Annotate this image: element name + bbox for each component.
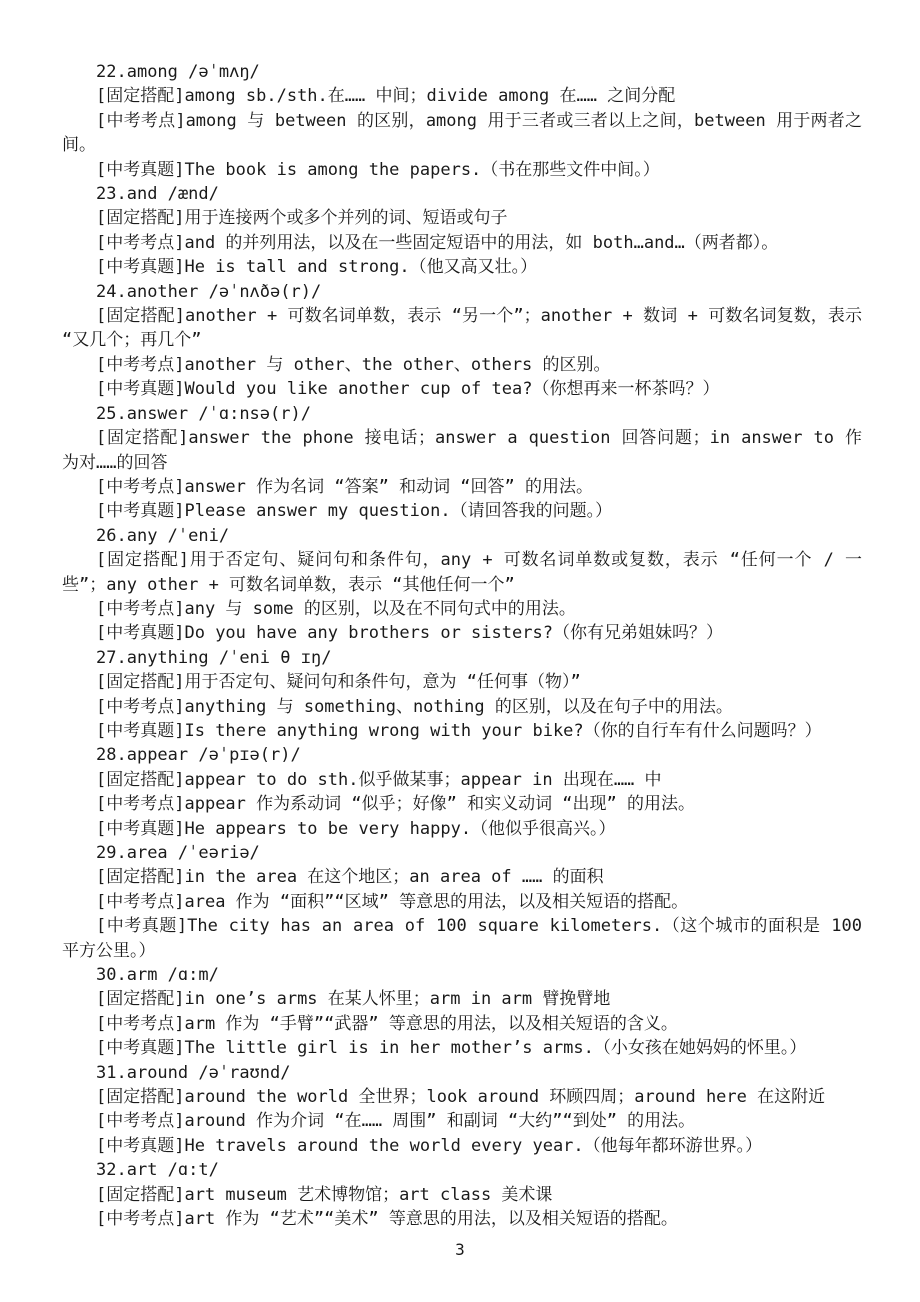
section-label: [固定搭配]	[96, 550, 189, 570]
entry-phonetic: /əˈnʌðə(r)/	[198, 282, 321, 302]
entry-section-line: [中考真题]Do you have any brothers or sister…	[62, 621, 862, 645]
entry-section-line: [固定搭配]用于否定句、疑问句和条件句，意为 “任何事（物）”	[62, 670, 862, 694]
entry-number: 24.	[96, 282, 127, 302]
section-label: [中考考点]	[96, 1209, 184, 1229]
section-label: [中考真题]	[96, 819, 184, 839]
entry-section-line: [固定搭配]art museum 艺术博物馆；art class 美术课	[62, 1183, 862, 1207]
vocab-entry: 25.answer /ˈɑ:nsə(r)/ [固定搭配]answer the p…	[62, 402, 862, 524]
section-text: art museum 艺术博物馆；art class 美术课	[184, 1185, 552, 1205]
entry-number: 31.	[96, 1063, 127, 1083]
entry-section-line: [中考考点]any 与 some 的区别，以及在不同句式中的用法。	[62, 597, 862, 621]
entry-section-line: [中考真题]He is tall and strong.（他又高又壮。）	[62, 255, 862, 279]
vocab-entry: 28.appear /əˈpɪə(r)/ [固定搭配]appear to do …	[62, 743, 862, 841]
entry-section-line: [固定搭配]answer the phone 接电话；answer a ques…	[62, 426, 862, 475]
section-text: 用于否定句、疑问句和条件句，意为 “任何事（物）”	[184, 672, 580, 692]
entry-section-line: [中考真题]Is there anything wrong with your …	[62, 719, 862, 743]
section-label: [中考真题]	[96, 1038, 184, 1058]
entry-word: art	[127, 1160, 158, 1180]
section-label: [中考真题]	[96, 916, 187, 936]
section-label: [中考考点]	[96, 697, 184, 717]
entry-number: 32.	[96, 1160, 127, 1180]
section-label: [中考真题]	[96, 623, 184, 643]
section-label: [中考真题]	[96, 1136, 184, 1156]
vocab-entry: 23.and /ænd/ [固定搭配]用于连接两个或多个并列的词、短语或句子 […	[62, 182, 862, 280]
section-text: He travels around the world every year.（…	[184, 1136, 762, 1156]
section-text: another 与 other、the other、others 的区别。	[184, 355, 610, 375]
vocab-entry: 29.area /ˈeəriə/ [固定搭配]in the area 在这个地区…	[62, 841, 862, 963]
section-text: around the world 全世界；look around 环顾四周；ar…	[184, 1087, 825, 1107]
entry-headword-line: 27.anything /ˈeni θ ɪŋ/	[62, 646, 862, 670]
entry-headword-line: 29.area /ˈeəriə/	[62, 841, 862, 865]
section-text: He appears to be very happy.（他似乎很高兴。）	[184, 819, 615, 839]
entry-phonetic: /ˈeni/	[157, 526, 229, 546]
entry-headword-line: 26.any /ˈeni/	[62, 524, 862, 548]
entry-number: 28.	[96, 745, 127, 765]
section-text: among sb./sth.在…… 中间；divide among 在…… 之间…	[184, 86, 675, 106]
entry-section-line: [中考考点]arm 作为 “手臂”“武器” 等意思的用法，以及相关短语的含义。	[62, 1012, 862, 1036]
entry-phonetic: /ænd/	[157, 184, 218, 204]
entry-phonetic: /əˈraʊnd/	[188, 1063, 290, 1083]
section-label: [固定搭配]	[96, 867, 184, 887]
entry-number: 26.	[96, 526, 127, 546]
entry-section-line: [固定搭配]another + 可数名词单数，表示 “另一个”；another …	[62, 304, 862, 353]
section-label: [中考真题]	[96, 160, 184, 180]
section-text: any 与 some 的区别，以及在不同句式中的用法。	[184, 599, 575, 619]
entry-number: 29.	[96, 843, 127, 863]
section-label: [中考考点]	[96, 111, 186, 131]
section-text: The little girl is in her mother’s arms.…	[184, 1038, 806, 1058]
section-label: [中考考点]	[96, 1111, 184, 1131]
entry-headword-line: 25.answer /ˈɑ:nsə(r)/	[62, 402, 862, 426]
section-text: Do you have any brothers or sisters?（你有兄…	[184, 623, 722, 643]
entry-number: 30.	[96, 965, 127, 985]
entry-word: area	[127, 843, 168, 863]
section-text: Is there anything wrong with your bike?（…	[184, 721, 821, 741]
vocab-entry: 31.around /əˈraʊnd/ [固定搭配]around the wor…	[62, 1061, 862, 1159]
section-text: area 作为 “面积”“区域” 等意思的用法，以及相关短语的搭配。	[184, 892, 688, 912]
entry-phonetic: /ɑ:m/	[157, 965, 218, 985]
entry-word: anything	[127, 648, 209, 668]
entry-section-line: [中考考点]and 的并列用法，以及在一些固定短语中的用法，如 both…and…	[62, 231, 862, 255]
section-label: [中考考点]	[96, 599, 184, 619]
entry-section-line: [中考真题]The little girl is in her mother’s…	[62, 1036, 862, 1060]
section-text: art 作为 “艺术”“美术” 等意思的用法，以及相关短语的搭配。	[184, 1209, 677, 1229]
entry-number: 23.	[96, 184, 127, 204]
entry-section-line: [固定搭配]用于否定句、疑问句和条件句，any + 可数名词单数或复数，表示 “…	[62, 548, 862, 597]
entry-word: answer	[127, 404, 188, 424]
entry-section-line: [中考真题]The city has an area of 100 square…	[62, 914, 862, 963]
section-label: [固定搭配]	[96, 1087, 184, 1107]
section-text: appear to do sth.似乎做某事；appear in 出现在…… 中	[184, 770, 661, 790]
section-label: [固定搭配]	[96, 428, 188, 448]
entry-section-line: [固定搭配]in the area 在这个地区；an area of …… 的面…	[62, 865, 862, 889]
entry-section-line: [固定搭配]appear to do sth.似乎做某事；appear in 出…	[62, 768, 862, 792]
entry-word: and	[127, 184, 158, 204]
section-label: [固定搭配]	[96, 770, 184, 790]
section-text: around 作为介词 “在…… 周围” 和副词 “大约”“到处” 的用法。	[184, 1111, 695, 1131]
entry-headword-line: 23.and /ænd/	[62, 182, 862, 206]
entry-headword-line: 30.arm /ɑ:m/	[62, 963, 862, 987]
vocab-list: 22.among /əˈmʌŋ/ [固定搭配]among sb./sth.在………	[62, 60, 862, 1232]
entry-section-line: [中考真题]The book is among the papers.（书在那些…	[62, 158, 862, 182]
section-label: [固定搭配]	[96, 989, 184, 1009]
entry-phonetic: /ɑ:t/	[157, 1160, 218, 1180]
section-label: [中考真题]	[96, 721, 184, 741]
entry-number: 22.	[96, 62, 127, 82]
entry-headword-line: 24.another /əˈnʌðə(r)/	[62, 280, 862, 304]
entry-word: appear	[127, 745, 188, 765]
section-label: [中考真题]	[96, 501, 184, 521]
entry-section-line: [固定搭配]in one’s arms 在某人怀里；arm in arm 臂挽臂…	[62, 987, 862, 1011]
section-text: appear 作为系动词 “似乎；好像” 和实义动词 “出现” 的用法。	[184, 794, 695, 814]
section-text: in the area 在这个地区；an area of …… 的面积	[184, 867, 603, 887]
section-label: [中考考点]	[96, 892, 184, 912]
entry-word: another	[127, 282, 199, 302]
vocab-entry: 22.among /əˈmʌŋ/ [固定搭配]among sb./sth.在………	[62, 60, 862, 182]
section-text: He is tall and strong.（他又高又壮。）	[184, 257, 537, 277]
vocab-entry: 24.another /əˈnʌðə(r)/ [固定搭配]another + 可…	[62, 280, 862, 402]
entry-phonetic: /ˈɑ:nsə(r)/	[188, 404, 311, 424]
section-label: [中考考点]	[96, 233, 184, 253]
section-label: [固定搭配]	[96, 306, 185, 326]
section-label: [固定搭配]	[96, 672, 184, 692]
entry-section-line: [中考考点]around 作为介词 “在…… 周围” 和副词 “大约”“到处” …	[62, 1109, 862, 1133]
entry-headword-line: 31.around /əˈraʊnd/	[62, 1061, 862, 1085]
entry-section-line: [固定搭配]around the world 全世界；look around 环…	[62, 1085, 862, 1109]
entry-phonetic: /ˈeəriə/	[168, 843, 260, 863]
section-text: arm 作为 “手臂”“武器” 等意思的用法，以及相关短语的含义。	[184, 1014, 677, 1034]
section-label: [固定搭配]	[96, 208, 184, 228]
section-text: Would you like another cup of tea?（你想再来一…	[184, 379, 719, 399]
entry-word: arm	[127, 965, 158, 985]
entry-word: any	[127, 526, 158, 546]
section-label: [中考真题]	[96, 257, 184, 277]
entry-section-line: [中考真题]He travels around the world every …	[62, 1134, 862, 1158]
entry-section-line: [中考考点]another 与 other、the other、others 的…	[62, 353, 862, 377]
entry-headword-line: 22.among /əˈmʌŋ/	[62, 60, 862, 84]
entry-section-line: [中考考点]among 与 between 的区别，among 用于三者或三者以…	[62, 109, 862, 158]
section-text: answer 作为名词 “答案” 和动词 “回答” 的用法。	[184, 477, 593, 497]
entry-word: among	[127, 62, 178, 82]
section-text: 用于连接两个或多个并列的词、短语或句子	[184, 208, 507, 228]
section-label: [中考考点]	[96, 355, 184, 375]
page-number: 3	[0, 1238, 920, 1262]
vocab-entry: 30.arm /ɑ:m/ [固定搭配]in one’s arms 在某人怀里；a…	[62, 963, 862, 1061]
section-label: [固定搭配]	[96, 1185, 184, 1205]
entry-phonetic: /əˈmʌŋ/	[178, 62, 260, 82]
entry-section-line: [固定搭配]用于连接两个或多个并列的词、短语或句子	[62, 206, 862, 230]
section-label: [中考考点]	[96, 477, 184, 497]
entry-section-line: [中考考点]area 作为 “面积”“区域” 等意思的用法，以及相关短语的搭配。	[62, 890, 862, 914]
entry-phonetic: /əˈpɪə(r)/	[188, 745, 301, 765]
section-text: in one’s arms 在某人怀里；arm in arm 臂挽臂地	[184, 989, 610, 1009]
section-text: anything 与 something、nothing 的区别，以及在句子中的…	[184, 697, 732, 717]
section-label: [中考考点]	[96, 794, 184, 814]
entry-section-line: [固定搭配]among sb./sth.在…… 中间；divide among …	[62, 84, 862, 108]
entry-section-line: [中考真题]Would you like another cup of tea?…	[62, 377, 862, 401]
entry-headword-line: 32.art /ɑ:t/	[62, 1158, 862, 1182]
vocab-entry: 26.any /ˈeni/ [固定搭配]用于否定句、疑问句和条件句，any + …	[62, 524, 862, 646]
entry-headword-line: 28.appear /əˈpɪə(r)/	[62, 743, 862, 767]
entry-number: 27.	[96, 648, 127, 668]
entry-number: 25.	[96, 404, 127, 424]
section-text: and 的并列用法，以及在一些固定短语中的用法，如 both…and…（两者都）…	[184, 233, 778, 253]
section-label: [中考真题]	[96, 379, 184, 399]
entry-phonetic: /ˈeni θ ɪŋ/	[209, 648, 332, 668]
entry-section-line: [中考考点]appear 作为系动词 “似乎；好像” 和实义动词 “出现” 的用…	[62, 792, 862, 816]
section-text: Please answer my question.（请回答我的问题。）	[184, 501, 612, 521]
section-text: The book is among the papers.（书在那些文件中间。）	[184, 160, 659, 180]
entry-section-line: [中考真题]Please answer my question.（请回答我的问题…	[62, 499, 862, 523]
entry-section-line: [中考考点]anything 与 something、nothing 的区别，以…	[62, 695, 862, 719]
entry-word: around	[127, 1063, 188, 1083]
vocab-entry: 32.art /ɑ:t/ [固定搭配]art museum 艺术博物馆；art …	[62, 1158, 862, 1231]
entry-section-line: [中考考点]answer 作为名词 “答案” 和动词 “回答” 的用法。	[62, 475, 862, 499]
section-label: [固定搭配]	[96, 86, 184, 106]
document-page: 22.among /əˈmʌŋ/ [固定搭配]among sb./sth.在………	[0, 0, 920, 1302]
section-label: [中考考点]	[96, 1014, 184, 1034]
entry-section-line: [中考真题]He appears to be very happy.（他似乎很高…	[62, 817, 862, 841]
entry-section-line: [中考考点]art 作为 “艺术”“美术” 等意思的用法，以及相关短语的搭配。	[62, 1207, 862, 1231]
vocab-entry: 27.anything /ˈeni θ ɪŋ/ [固定搭配]用于否定句、疑问句和…	[62, 646, 862, 744]
